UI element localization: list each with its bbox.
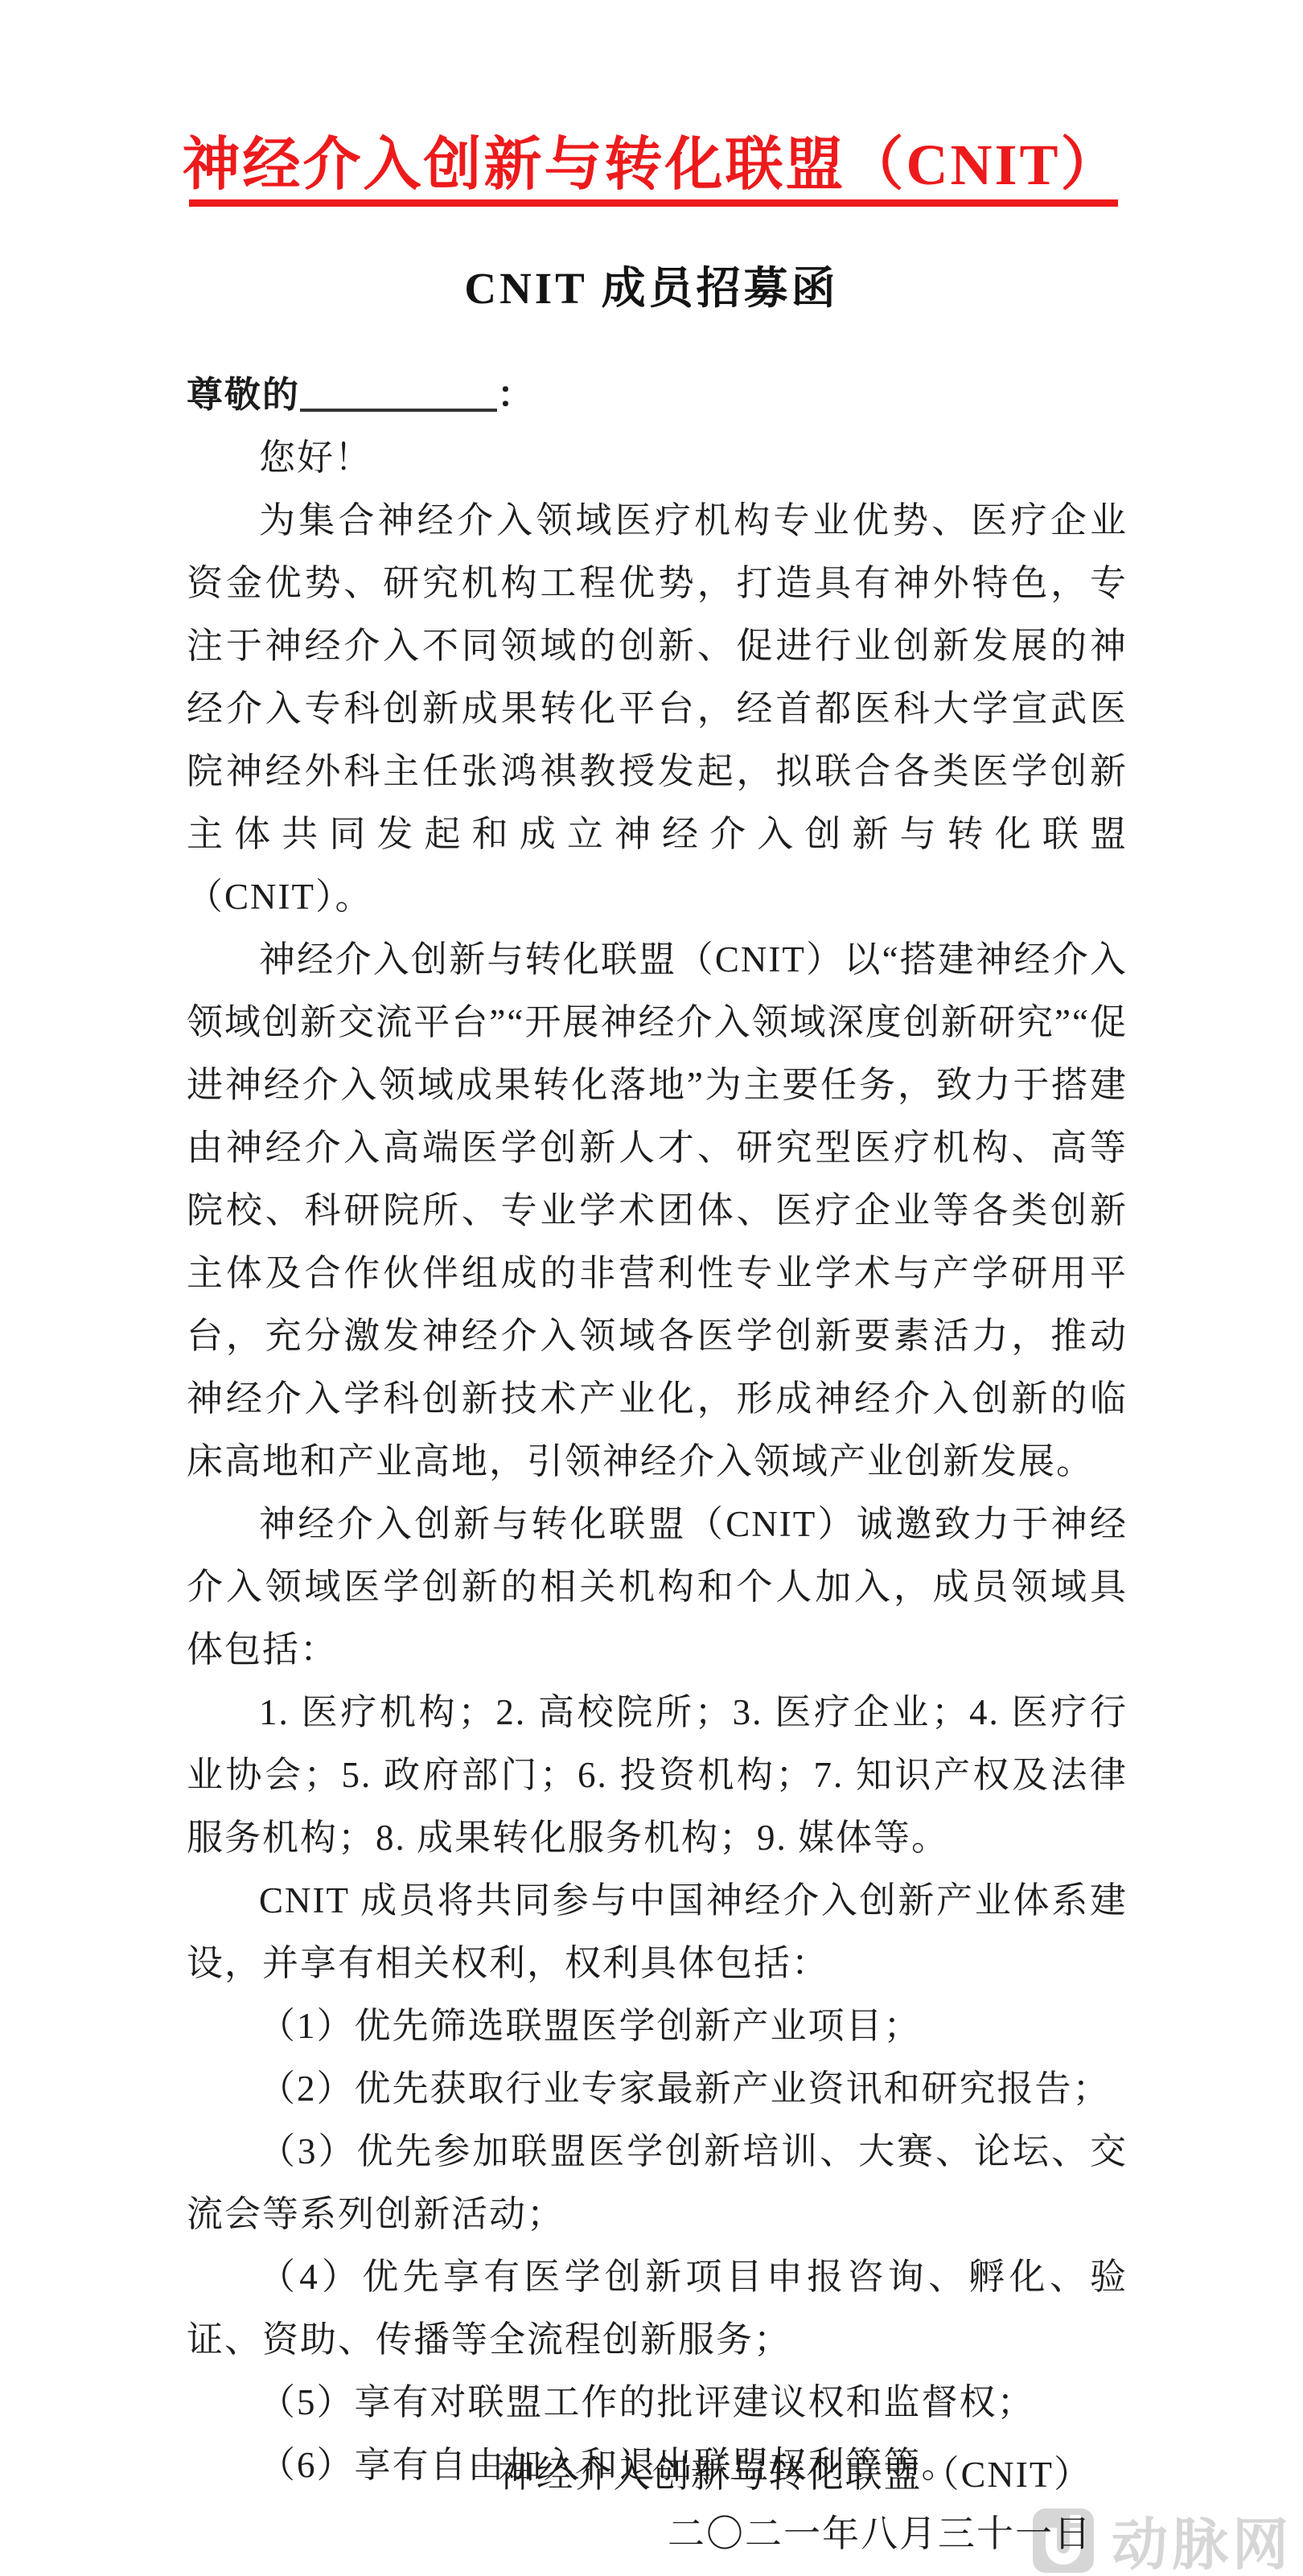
salutation-colon: ：	[497, 375, 535, 415]
right-item-1: （1）优先筛选联盟医学创新产业项目；	[187, 1995, 1128, 2057]
right-item-5: （5）享有对联盟工作的批评建议权和监督权；	[187, 2371, 1128, 2434]
paragraph-member-fields: 1. 医疗机构；2. 高校院所；3. 医疗企业；4. 医疗行业协会；5. 政府部…	[187, 1681, 1128, 1869]
salutation-line: 尊敬的：	[187, 364, 1128, 426]
salutation-prefix: 尊敬的	[187, 375, 300, 415]
letterhead-title: 神经介入创新与转化联盟（CNIT）	[0, 117, 1303, 201]
name-blank-underline	[300, 380, 497, 412]
document-title: CNIT 成员招募函	[0, 253, 1303, 316]
right-item-2: （2）优先获取行业专家最新产业资讯和研究报告；	[187, 2057, 1128, 2120]
paragraph-mission: 神经介入创新与转化联盟（CNIT）以“搭建神经介入领域创新交流平台”“开展神经介…	[187, 928, 1128, 1493]
letter-footer: 神经介入创新与转化联盟（CNIT） 二〇二一年八月三十一日	[0, 2445, 1303, 2564]
paragraph-intro: 为集合神经介入领域医疗机构专业优势、医疗企业资金优势、研究机构工程优势，打造具有…	[187, 489, 1128, 928]
right-item-3: （3）优先参加联盟医学创新培训、大赛、论坛、交流会等系列创新活动；	[187, 2120, 1128, 2245]
right-item-4: （4）优先享有医学创新项目申报咨询、孵化、验证、资助、传播等全流程创新服务；	[187, 2245, 1128, 2371]
date-line: 二〇二一年八月三十一日	[0, 2504, 1092, 2564]
letterhead-rule	[189, 199, 1118, 207]
document-page: 神经介入创新与转化联盟（CNIT） CNIT 成员招募函 尊敬的： 您好！ 为集…	[0, 0, 1303, 2576]
paragraph-rights-intro: CNIT 成员将共同参与中国神经介入创新产业体系建设，并享有相关权利，权利具体包…	[187, 1869, 1128, 1995]
letter-body: 尊敬的： 您好！ 为集合神经介入领域医疗机构专业优势、医疗企业资金优势、研究机构…	[187, 364, 1128, 2496]
greeting-line: 您好！	[187, 426, 1128, 489]
signature-line: 神经介入创新与转化联盟（CNIT）	[0, 2445, 1092, 2504]
paragraph-invitation: 神经介入创新与转化联盟（CNIT）诚邀致力于神经介入领域医学创新的相关机构和个人…	[187, 1493, 1128, 1681]
